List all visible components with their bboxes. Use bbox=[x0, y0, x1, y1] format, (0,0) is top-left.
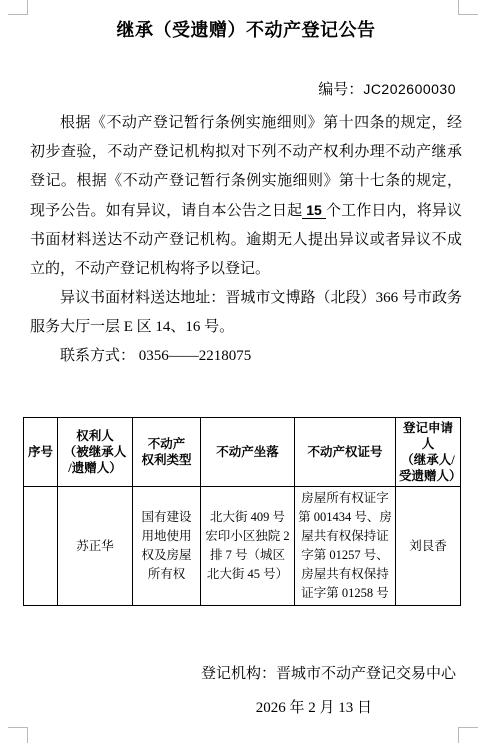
cell-right-type: 国有建设用地使用权及房屋所有权 bbox=[133, 487, 201, 606]
table-header-row: 序号 权利人 （被继承人 /遗赠人） 不动产 权利类型 不动产坐落 不动产权证号… bbox=[24, 418, 461, 487]
property-registration-table: 序号 权利人 （被继承人 /遗赠人） 不动产 权利类型 不动产坐落 不动产权证号… bbox=[23, 417, 461, 606]
crop-mark-top-right bbox=[458, 0, 478, 15]
cell-rights-holder: 苏正华 bbox=[58, 487, 133, 606]
paragraph-regulation: 根据《不动产登记暂行条例实施细则》第十四条的规定，经初步查验，不动产登记机构拟对… bbox=[30, 109, 462, 284]
doc-number-label: 编号： bbox=[318, 82, 363, 98]
notice-date-line: 2026 年 2 月 13 日 bbox=[0, 696, 492, 717]
document-title: 继承（受遗赠）不动产登记公告 bbox=[0, 0, 492, 42]
paragraph-address: 异议书面材料送达地址：晋城市文博路（北段）366 号市政务服务大厅一层 E 区 … bbox=[30, 284, 462, 342]
column-header-property-location: 不动产坐落 bbox=[201, 418, 295, 487]
column-header-rights-holder: 权利人 （被继承人 /遗赠人） bbox=[58, 418, 133, 487]
table-row: 苏正华 国有建设用地使用权及房屋所有权 北大街 409 号宏印小区独院 2 排 … bbox=[24, 487, 461, 606]
column-header-applicant: 登记申请人 （继承人/ 受遗赠人） bbox=[396, 418, 461, 487]
document-page: 继承（受遗赠）不动产登记公告 编号：JC202600030 根据《不动产登记暂行… bbox=[0, 0, 492, 743]
column-header-serial-number: 序号 bbox=[24, 418, 58, 487]
crop-mark-top-left bbox=[8, 0, 28, 15]
document-body: 根据《不动产登记暂行条例实施细则》第十四条的规定，经初步查验，不动产登记机构拟对… bbox=[30, 109, 462, 371]
column-header-right-type: 不动产 权利类型 bbox=[133, 418, 201, 487]
cell-applicant: 刘艮香 bbox=[396, 487, 461, 606]
registration-agency-line: 登记机构：晋城市不动产登记交易中心 bbox=[0, 662, 492, 683]
doc-number-line: 编号：JC202600030 bbox=[0, 78, 492, 99]
doc-number-value: JC202600030 bbox=[363, 81, 456, 97]
column-header-certificate-number: 不动产权证号 bbox=[295, 418, 396, 487]
cell-certificate-number: 房屋所有权证字第 001434 号、房屋共有权保持证字第 01257 号、房屋共… bbox=[295, 487, 396, 606]
paragraph-contact: 联系方式： 0356——2218075 bbox=[30, 342, 462, 371]
cell-serial-number bbox=[24, 487, 58, 606]
cell-property-location: 北大街 409 号宏印小区独院 2 排 7 号（城区北大街 45 号） bbox=[201, 487, 295, 606]
crop-mark-bottom-right bbox=[458, 727, 478, 743]
crop-mark-bottom-left bbox=[8, 727, 28, 743]
objection-days-value: 15 bbox=[302, 202, 326, 219]
